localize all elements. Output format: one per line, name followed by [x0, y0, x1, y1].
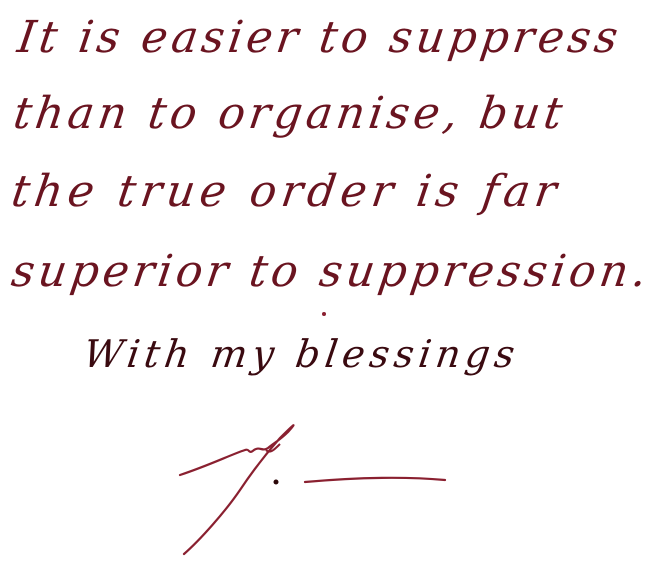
ink-dot — [322, 312, 326, 316]
note-line-4: superior to suppression. — [8, 246, 650, 297]
note-line-2: than to organise, but — [10, 88, 569, 139]
closing-line: With my blessings — [81, 332, 523, 376]
signature — [170, 410, 460, 560]
note-line-3: the true order is far — [8, 166, 564, 217]
handwritten-note: It is easier to suppress than to organis… — [0, 0, 650, 566]
note-line-1: It is easier to suppress — [14, 12, 624, 63]
